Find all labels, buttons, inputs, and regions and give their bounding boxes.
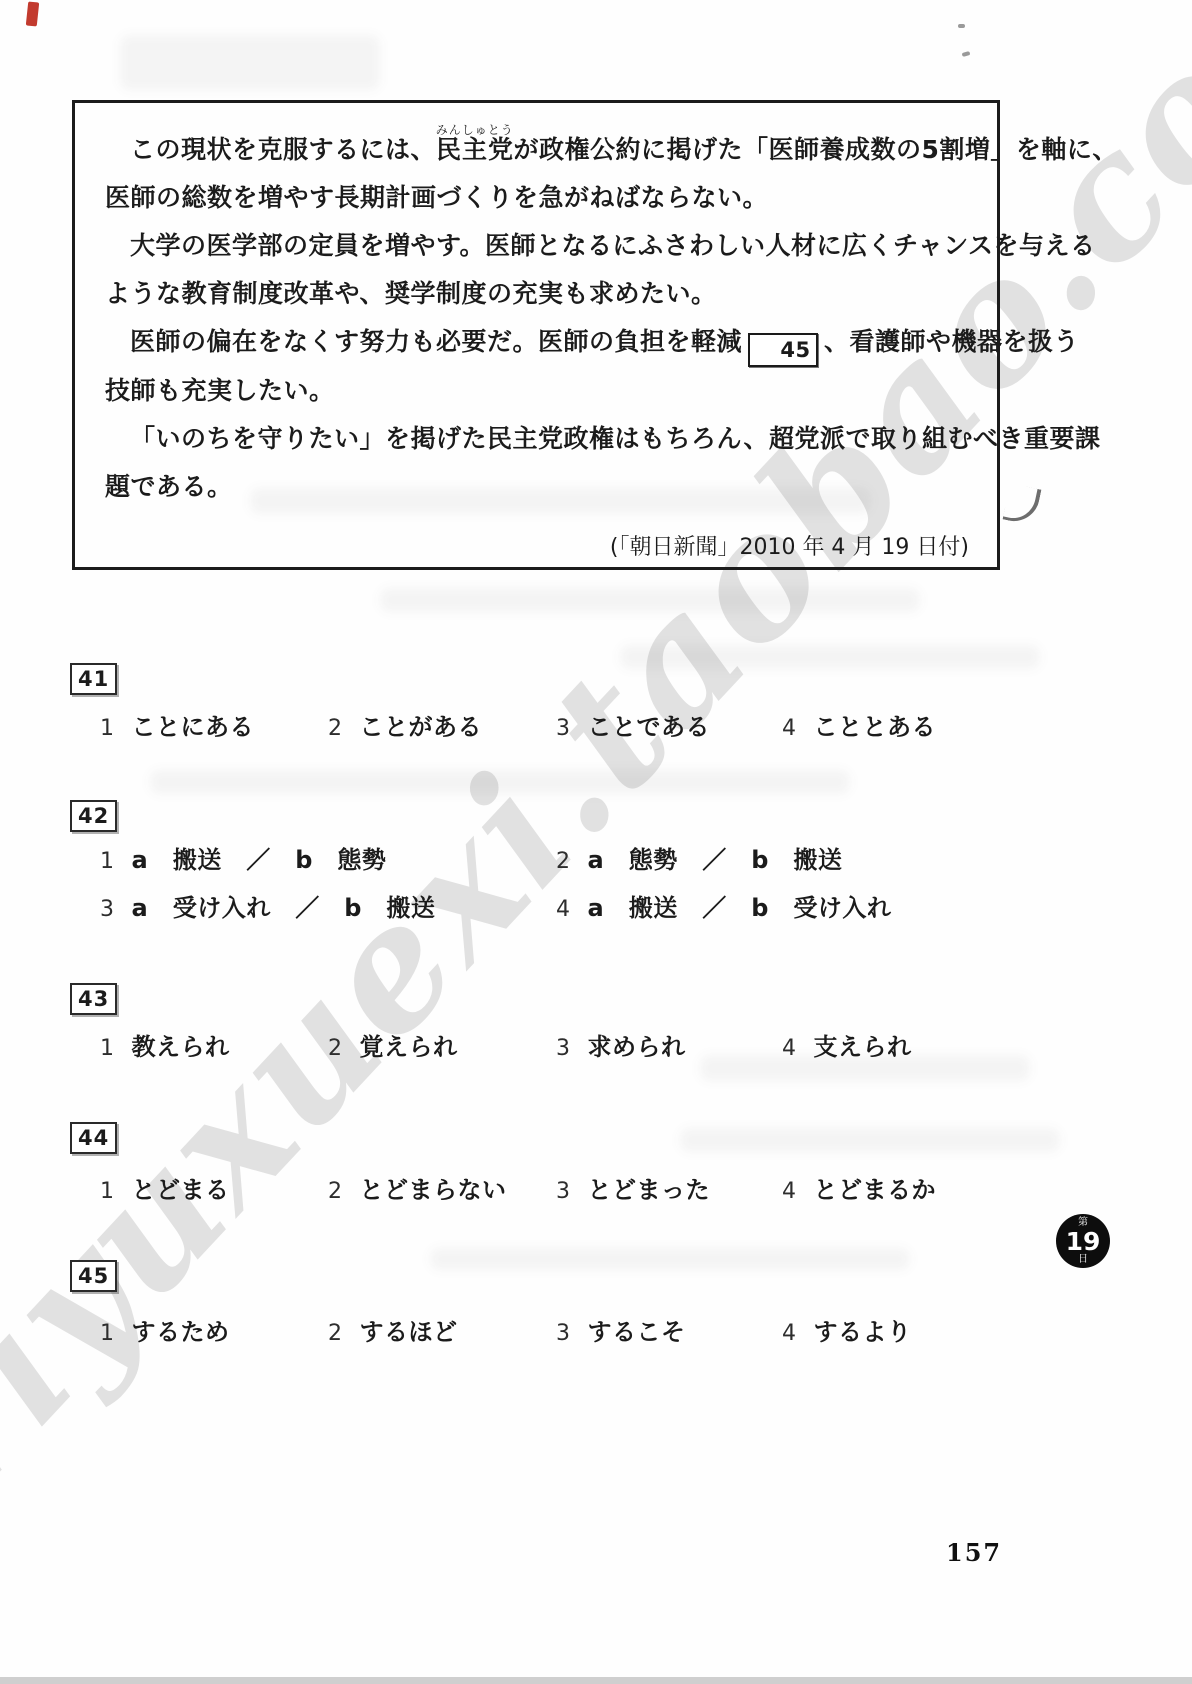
- option-text: するこそ: [588, 1318, 686, 1346]
- day-badge-suffix: 日: [1078, 1255, 1088, 1265]
- question-43: 43 1教えられ 2覚えられ 3求められ 4支えられ: [70, 983, 1110, 1083]
- option-number: 4: [782, 1321, 797, 1346]
- passage-line: 「いのちを守りたい」を掲げた民主党政権はもちろん、超党派で取り組むべき重要課: [105, 415, 971, 463]
- q42-option-2: 2a 態勢 ／ b 搬送: [556, 844, 842, 878]
- q41-option-1: 1ことにある: [100, 711, 254, 745]
- option-number: 3: [100, 897, 115, 922]
- option-text: 教えられ: [132, 1033, 230, 1061]
- question-number-badge: 41: [70, 663, 117, 695]
- passage-line: 医師の総数を増やす長期計画づくりを急がねばならない。: [105, 174, 971, 222]
- q45-option-4: 4するより: [782, 1316, 912, 1350]
- question-number-badge: 42: [70, 800, 117, 832]
- question-42: 42 1a 搬送 ／ b 態勢 2a 態勢 ／ b 搬送 3a 受け入れ ／ b…: [70, 800, 1110, 940]
- ruby-base: 民主党: [436, 135, 514, 164]
- passage-line: 医師の偏在をなくす努力も必要だ。医師の負担を軽減45、看護師や機器を扱う: [105, 318, 971, 367]
- page-number: 157: [946, 1538, 1002, 1567]
- option-number: 1: [100, 716, 115, 741]
- q41-option-3: 3ことである: [556, 711, 710, 745]
- option-text: a 搬送 ／ b 受け入れ: [588, 894, 892, 922]
- blank-45-label: 45: [755, 326, 810, 374]
- option-text: こととある: [814, 713, 937, 741]
- scanned-test-page: riyuxuexi.taobao.com この現状を克服するには、民主党みんしゅ…: [0, 0, 1192, 1684]
- option-number: 2: [328, 1321, 343, 1346]
- option-number: 4: [782, 1036, 797, 1061]
- question-number-badge: 44: [70, 1122, 117, 1154]
- option-text: a 搬送 ／ b 態勢: [132, 846, 387, 874]
- q44-option-1: 1とどまる: [100, 1174, 230, 1208]
- option-number: 1: [100, 1321, 115, 1346]
- scan-speck: [962, 51, 971, 57]
- option-number: 3: [556, 1321, 571, 1346]
- ruby-text: みんしゅとう: [436, 123, 514, 137]
- option-number: 3: [556, 716, 571, 741]
- option-number: 1: [100, 1036, 115, 1061]
- passage-line: この現状を克服するには、民主党みんしゅとうが政権公約に掲げた「医師養成数の5割増…: [105, 123, 971, 174]
- passage-line: 題である。: [105, 463, 971, 511]
- question-number-badge: 45: [70, 1260, 117, 1292]
- scan-artifact: [150, 770, 850, 794]
- question-45: 45 1するため 2するほど 3するこそ 4するより: [70, 1260, 1110, 1360]
- passage-text: 医師の偏在をなくす努力も必要だ。医師の負担を軽減: [130, 327, 742, 356]
- q45-option-2: 2するほど: [328, 1316, 458, 1350]
- passage-text: 、看護師や機器を扱う: [824, 327, 1079, 356]
- option-text: するほど: [360, 1318, 458, 1346]
- q44-option-2: 2とどまらない: [328, 1174, 507, 1208]
- scan-edge-strip: [0, 1677, 1192, 1684]
- red-pen-mark: [26, 1, 39, 26]
- passage-line: 技師も充実したい。: [105, 367, 971, 415]
- day-badge-prefix: 第: [1078, 1218, 1088, 1228]
- question-41: 41 1ことにある 2ことがある 3ことである 4こととある: [70, 663, 1110, 763]
- option-text: 覚えられ: [360, 1033, 458, 1061]
- option-number: 2: [328, 1036, 343, 1061]
- option-text: ことにある: [132, 713, 255, 741]
- q42-option-1: 1a 搬送 ／ b 態勢: [100, 844, 386, 878]
- scan-artifact: [120, 35, 380, 90]
- q43-option-2: 2覚えられ: [328, 1031, 458, 1065]
- option-number: 4: [556, 897, 571, 922]
- option-number: 2: [328, 716, 343, 741]
- q45-option-3: 3するこそ: [556, 1316, 686, 1350]
- option-text: とどまった: [588, 1176, 711, 1204]
- blank-45-box: 45: [748, 333, 818, 367]
- day-19-badge: 第 19 日: [1056, 1214, 1110, 1268]
- reading-passage-box: この現状を克服するには、民主党みんしゅとうが政権公約に掲げた「医師養成数の5割増…: [72, 100, 1000, 570]
- option-number: 2: [556, 849, 571, 874]
- q45-option-1: 1するため: [100, 1316, 230, 1350]
- option-text: ことである: [588, 713, 711, 741]
- option-number: 4: [782, 716, 797, 741]
- option-text: とどまらない: [360, 1176, 507, 1204]
- q43-option-4: 4支えられ: [782, 1031, 912, 1065]
- option-text: ことがある: [360, 713, 483, 741]
- option-text: とどまる: [132, 1176, 230, 1204]
- option-text: とどまるか: [814, 1176, 937, 1204]
- q43-option-1: 1教えられ: [100, 1031, 230, 1065]
- day-badge-number: 19: [1066, 1229, 1101, 1254]
- source-citation: (「朝日新聞」2010 年 4 月 19 日付): [105, 533, 971, 563]
- question-44: 44 1とどまる 2とどまらない 3とどまった 4とどまるか: [70, 1122, 1110, 1222]
- q44-option-3: 3とどまった: [556, 1174, 710, 1208]
- question-number-badge: 43: [70, 983, 117, 1015]
- scan-speck: [958, 24, 965, 28]
- option-number: 1: [100, 1179, 115, 1204]
- option-text: するより: [814, 1318, 912, 1346]
- option-text: a 受け入れ ／ b 搬送: [132, 894, 436, 922]
- q43-option-3: 3求められ: [556, 1031, 686, 1065]
- passage-text: この現状を克服するには、: [130, 135, 436, 164]
- passage-line: 大学の医学部の定員を増やす。医師となるにふさわしい人材に広くチャンスを与える: [105, 222, 971, 270]
- pen-hook-mark: [1003, 483, 1042, 526]
- option-text: 求められ: [588, 1033, 686, 1061]
- q41-option-2: 2ことがある: [328, 711, 482, 745]
- q42-option-3: 3a 受け入れ ／ b 搬送: [100, 892, 435, 926]
- option-number: 1: [100, 849, 115, 874]
- option-number: 2: [328, 1179, 343, 1204]
- option-text: a 態勢 ／ b 搬送: [588, 846, 843, 874]
- passage-line: ような教育制度改革や、奨学制度の充実も求めたい。: [105, 270, 971, 318]
- q41-option-4: 4こととある: [782, 711, 936, 745]
- option-number: 4: [782, 1179, 797, 1204]
- q42-option-4: 4a 搬送 ／ b 受け入れ: [556, 892, 891, 926]
- passage-text: が政権公約に掲げた「医師養成数の5割増」を軸に、: [514, 135, 1118, 164]
- option-number: 3: [556, 1179, 571, 1204]
- option-text: 支えられ: [814, 1033, 912, 1061]
- option-number: 3: [556, 1036, 571, 1061]
- scan-artifact: [380, 588, 920, 612]
- furigana-ruby: 民主党みんしゅとう: [436, 135, 514, 164]
- q44-option-4: 4とどまるか: [782, 1174, 936, 1208]
- option-text: するため: [132, 1318, 230, 1346]
